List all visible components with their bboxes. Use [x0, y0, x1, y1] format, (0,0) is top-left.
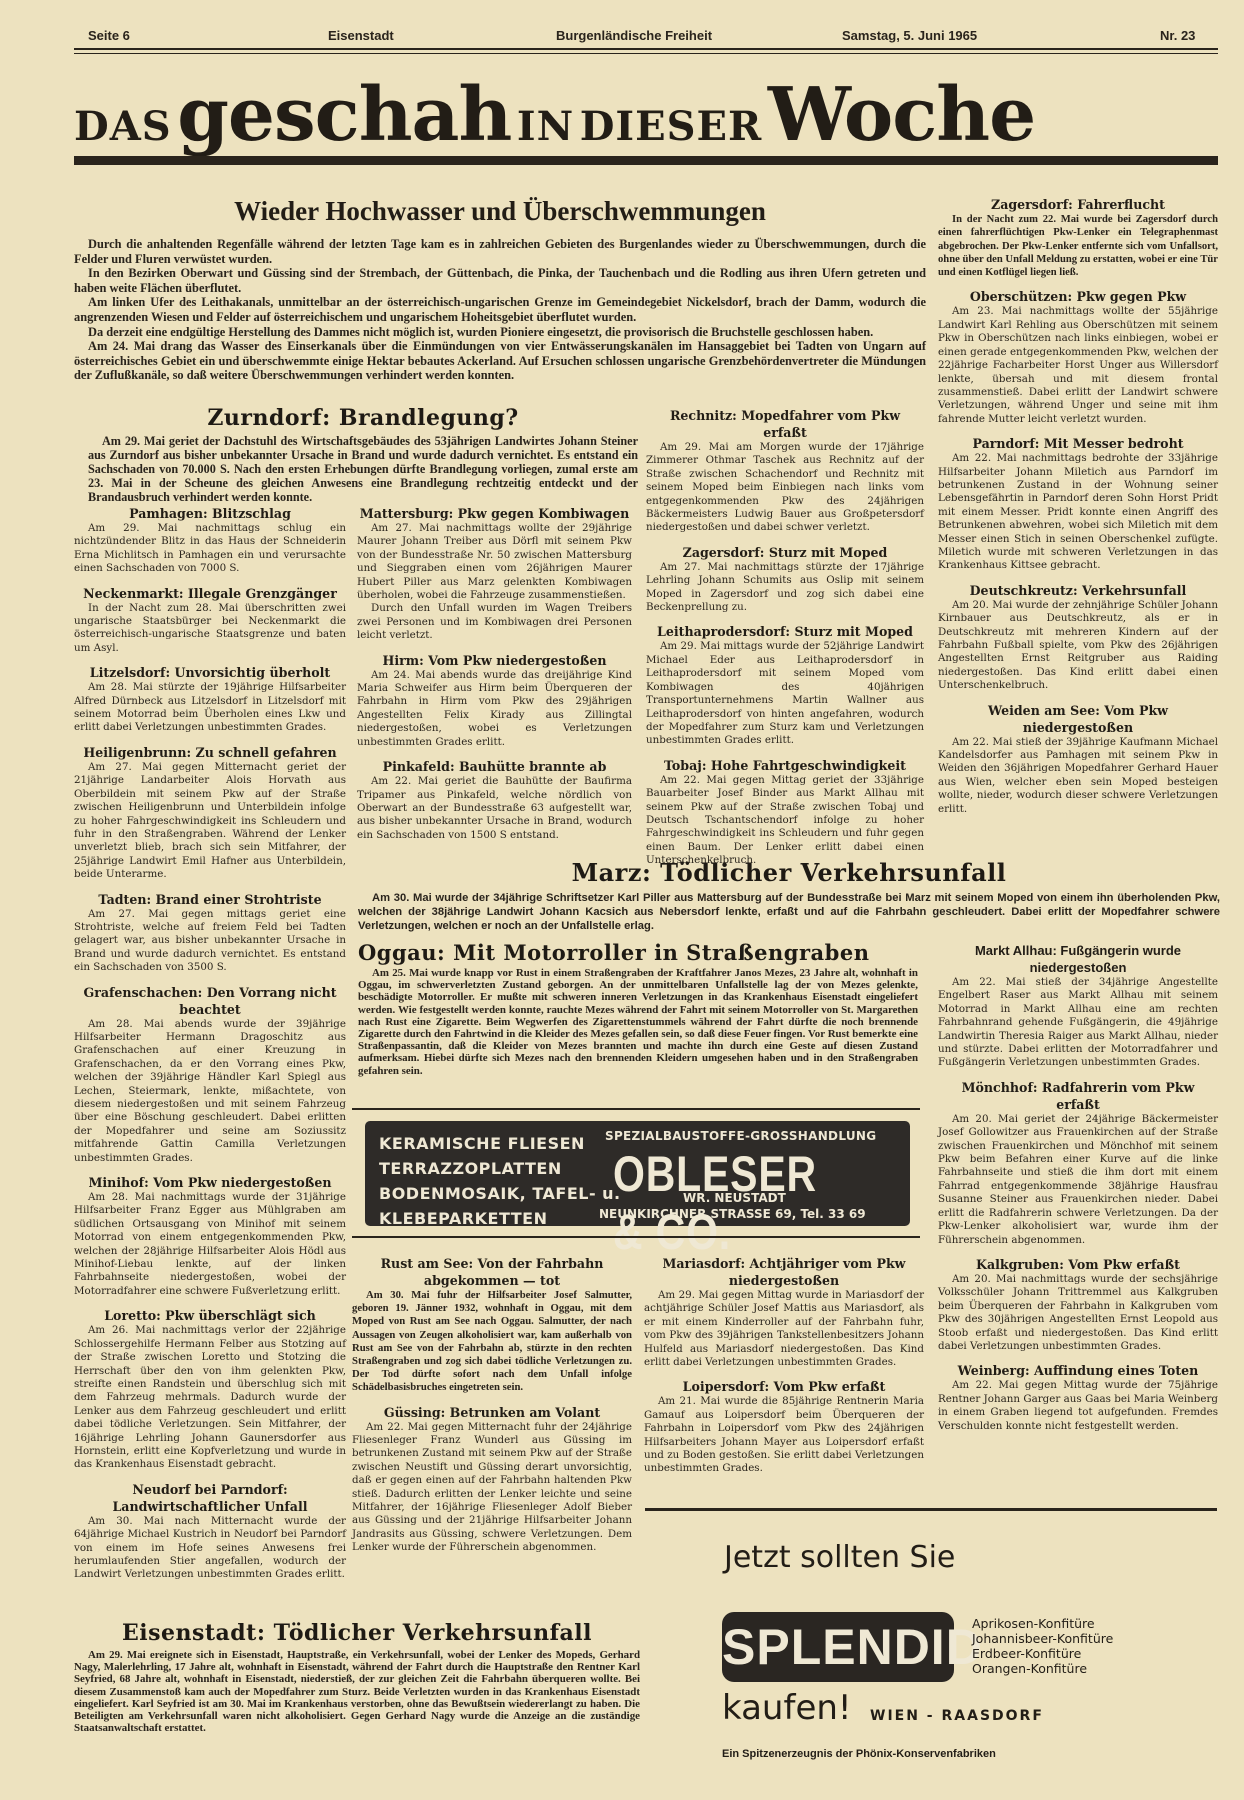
article-headline: Loretto: Pkw überschlägt sich [74, 1307, 346, 1324]
article-oberschuetzen: Oberschützen: Pkw gegen PkwAm 23. Mai na… [938, 288, 1218, 426]
article-headline: Rust am See: Von der Fahrbahn abgekommen… [352, 1255, 632, 1289]
masthead-word: Woche [768, 72, 1035, 158]
article-body: Am 30. Mai wurde der 34jährige Schriftse… [358, 891, 1220, 934]
article-loretto: Loretto: Pkw überschlägt sichAm 26. Mai … [74, 1307, 346, 1471]
article-body: Durch den Unfall wurden im Wagen Treiber… [357, 602, 632, 642]
ad-tagline: SPEZIALBAUSTOFFE-GROSSHANDLUNG [605, 1129, 876, 1143]
header-date: Samstag, 5. Juni 1965 [842, 28, 977, 43]
article-headline: Oberschützen: Pkw gegen Pkw [938, 288, 1218, 305]
article-headline: Tobaj: Hohe Fahrtgeschwindigkeit [646, 757, 924, 774]
lead-article: Wieder Hochwasser und Überschwemmungen D… [74, 196, 926, 383]
article-body: Am 20. Mai geriet der 24jährige Bäckerme… [938, 1113, 1218, 1247]
article-body: Am 25. Mai wurde knapp vor Rust in einem… [358, 967, 918, 1077]
article-headline: Grafenschachen: Den Vorrang nicht beacht… [74, 984, 346, 1018]
article-headline: Oggau: Mit Motorroller in Straßengraben [358, 940, 918, 965]
article-headline: Zagersdorf: Fahrerflucht [938, 196, 1218, 213]
masthead: DAS geschah IN DIESER Woche [74, 72, 1218, 152]
ad-flavor: Johannisbeer-Konfitüre [972, 1631, 1113, 1646]
article-body: Am 22. Mai gegen Mittag geriet der 33jäh… [646, 774, 924, 868]
article-neckenmarkt: Neckenmarkt: Illegale GrenzgängerIn der … [74, 585, 346, 656]
article-headline: Mattersburg: Pkw gegen Kombiwagen [357, 505, 632, 522]
header-paper: Burgenländische Freiheit [556, 28, 712, 43]
article-zurndorf: Zurndorf: Brandlegung? Am 29. Mai geriet… [88, 405, 638, 504]
article-body: Am 21. Mai wurde die 85jährige Rentnerin… [644, 1395, 924, 1475]
ad-line: TERRAZZOPLATTEN [379, 1156, 621, 1181]
lead-paragraph: Durch die anhaltenden Regenfälle während… [74, 237, 926, 266]
ad-obleser: KERAMISCHE FLIESEN TERRAZZOPLATTEN BODEN… [365, 1121, 910, 1226]
ad-flavor: Aprikosen-Konfitüre [972, 1616, 1113, 1631]
column-3: Rechnitz: Mopedfahrer vom Pkw erfaßtAm 2… [646, 407, 924, 877]
article-body: Am 30. Mai nach Mitternacht wurde der 64… [74, 1515, 346, 1582]
article-loipersdorf: Loipersdorf: Vom Pkw erfaßtAm 21. Mai wu… [644, 1378, 924, 1475]
article-body: Am 28. Mai abends wurde der 39jährige Hi… [74, 1018, 346, 1165]
article-headline: Neudorf bei Parndorf: Landwirtschaftlich… [74, 1481, 346, 1515]
article-zagersdorf-moped: Zagersdorf: Sturz mit MopedAm 27. Mai na… [646, 544, 924, 615]
ad-flavor: Erdbeer-Konfitüre [972, 1646, 1113, 1661]
article-headline: Hirm: Vom Pkw niedergestoßen [357, 652, 632, 669]
article-grafenschachen: Grafenschachen: Den Vorrang nicht beacht… [74, 984, 346, 1165]
column-7: Markt Allhau: Fußgängerin wurde niederge… [938, 942, 1218, 1442]
article-moenchhof: Mönchhof: Radfahrerin vom Pkw erfaßtAm 2… [938, 1079, 1218, 1247]
article-body: Am 29. Mai mittags wurde der 52jährige L… [646, 640, 924, 747]
article-body: Am 29. Mai am Morgen wurde der 17jährige… [646, 441, 924, 535]
article-headline: Rechnitz: Mopedfahrer vom Pkw erfaßt [646, 407, 924, 441]
ad-flavor: Orangen-Konfitüre [972, 1661, 1113, 1676]
article-body: Am 26. Mai nachmittags verlor der 22jähr… [74, 1324, 346, 1471]
article-eisenstadt: Eisenstadt: Tödlicher Verkehrsunfall Am … [74, 1620, 640, 1734]
article-body: Am 28. Mai nachmittags wurde der 31jähri… [74, 1191, 346, 1298]
article-body: Am 30. Mai fuhr der Hilfsarbeiter Josef … [352, 1289, 632, 1395]
article-headline: Markt Allhau: Fußgängerin wurde niederge… [938, 942, 1218, 976]
divider [352, 1108, 920, 1110]
ad-product-list: KERAMISCHE FLIESEN TERRAZZOPLATTEN BODEN… [379, 1131, 621, 1231]
article-body: Am 22. Mai geriet die Bauhütte der Baufi… [357, 775, 632, 842]
article-heiligenbrunn: Heiligenbrunn: Zu schnell gefahrenAm 27.… [74, 744, 346, 882]
article-body: Am 27. Mai nachmittags wollte der 29jähr… [357, 522, 632, 602]
ad-address: NEUNKIRCHNER STRASSE 69, Tel. 33 69 [599, 1207, 866, 1221]
article-headline: Neckenmarkt: Illegale Grenzgänger [74, 585, 346, 602]
article-headline: Zagersdorf: Sturz mit Moped [646, 544, 924, 561]
article-headline: Pinkafeld: Bauhütte brannte ab [357, 758, 632, 775]
header-place: Eisenstadt [328, 28, 394, 43]
divider [352, 1236, 920, 1238]
article-headline: Mönchhof: Radfahrerin vom Pkw erfaßt [938, 1079, 1218, 1113]
article-headline: Pamhagen: Blitzschlag [74, 505, 346, 522]
article-leithaprodersdorf: Leithaprodersdorf: Sturz mit MopedAm 29.… [646, 623, 924, 747]
article-headline: Eisenstadt: Tödlicher Verkehrsunfall [74, 1620, 640, 1646]
article-rust: Rust am See: Von der Fahrbahn abgekommen… [352, 1255, 632, 1395]
article-body: Am 22. Mai stieß der 39jährige Kaufmann … [938, 736, 1218, 816]
article-body: Am 29. Mai gegen Mittag wurde in Mariasd… [644, 1289, 924, 1369]
article-body: In der Nacht zum 28. Mai überschritten z… [74, 602, 346, 656]
article-neudorf: Neudorf bei Parndorf: Landwirtschaftlich… [74, 1481, 346, 1582]
article-weinberg: Weinberg: Auffindung eines TotenAm 22. M… [938, 1362, 1218, 1433]
article-mattersburg: Mattersburg: Pkw gegen KombiwagenAm 27. … [357, 505, 632, 643]
article-body: Am 28. Mai stürzte der 19jährige Hilfsar… [74, 681, 346, 735]
header-rule [74, 48, 1218, 54]
article-headline: Kalkgruben: Vom Pkw erfaßt [938, 1256, 1218, 1273]
article-body: Am 27. Mai nachmittags stürzte der 17jäh… [646, 561, 924, 615]
article-mariasdorf: Mariasdorf: Achtjähriger vom Pkw niederg… [644, 1255, 924, 1369]
ad-flavor-list: Aprikosen-Konfitüre Johannisbeer-Konfitü… [972, 1616, 1113, 1676]
article-weiden: Weiden am See: Vom Pkw niedergestoßenAm … [938, 702, 1218, 816]
masthead-word: DIESER [580, 103, 763, 150]
article-body: Am 20. Mai nachmittags wurde der sechsjä… [938, 1273, 1218, 1353]
ad-line: KERAMISCHE FLIESEN [379, 1131, 621, 1156]
article-marz: Marz: Tödlicher Verkehrsunfall Am 30. Ma… [358, 858, 1220, 934]
article-pinkafeld: Pinkafeld: Bauhütte brannte abAm 22. Mai… [357, 758, 632, 842]
article-headline: Marz: Tödlicher Verkehrsunfall [358, 858, 1220, 887]
article-headline: Zurndorf: Brandlegung? [88, 405, 638, 431]
lead-paragraph: Da derzeit eine endgültige Herstellung d… [74, 325, 926, 340]
ad-footer: Ein Spitzenerzeugnis der Phönix-Konserve… [722, 1748, 996, 1760]
article-body: Am 22. Mai gegen Mitternacht fuhr der 24… [352, 1421, 632, 1555]
article-headline: Loipersdorf: Vom Pkw erfaßt [644, 1378, 924, 1395]
article-headline: Litzelsdorf: Unvorsichtig überholt [74, 664, 346, 681]
article-zagersdorf-fahrerflucht: Zagersdorf: FahrerfluchtIn der Nacht zum… [938, 196, 1218, 279]
article-litzelsdorf: Litzelsdorf: Unvorsichtig überholtAm 28.… [74, 664, 346, 735]
ad-headline: Jetzt sollten Sie [724, 1540, 955, 1575]
column-6: Mariasdorf: Achtjähriger vom Pkw niederg… [644, 1255, 924, 1485]
lead-paragraph: Am 24. Mai drang das Wasser des Einserka… [74, 339, 926, 383]
article-body: Am 23. Mai nachmittags wollte der 55jähr… [938, 305, 1218, 426]
ad-call-to-action: kaufen! [722, 1688, 852, 1728]
header-issue: Nr. 23 [1160, 28, 1195, 43]
ad-brand-logo: SPLENDID [722, 1612, 954, 1682]
article-headline: Leithaprodersdorf: Sturz mit Moped [646, 623, 924, 640]
ad-splendid: Jetzt sollten Sie SPLENDID Aprikosen-Kon… [720, 1530, 1200, 1770]
article-deutschkreutz: Deutschkreutz: VerkehrsunfallAm 20. Mai … [938, 582, 1218, 693]
article-rechnitz: Rechnitz: Mopedfahrer vom Pkw erfaßtAm 2… [646, 407, 924, 535]
article-body: Am 24. Mai abends wurde das dreijährige … [357, 669, 632, 749]
article-body: Am 20. Mai wurde der zehnjährige Schüler… [938, 599, 1218, 693]
article-headline: Tadten: Brand einer Strohtriste [74, 891, 346, 908]
page-number: Seite 6 [88, 28, 130, 43]
column-2: Mattersburg: Pkw gegen KombiwagenAm 27. … [357, 505, 632, 851]
article-guessing: Güssing: Betrunken am VolantAm 22. Mai g… [352, 1404, 632, 1555]
article-minihof: Minihof: Vom Pkw niedergestoßenAm 28. Ma… [74, 1174, 346, 1298]
article-body: Am 22. Mai gegen Mittag wurde der 75jähr… [938, 1379, 1218, 1433]
article-body: Am 22. Mai stieß der 34jährige Angestell… [938, 976, 1218, 1070]
lead-headline: Wieder Hochwasser und Überschwemmungen [74, 196, 926, 227]
column-4: Zagersdorf: FahrerfluchtIn der Nacht zum… [938, 196, 1218, 825]
article-body: Am 27. Mai gegen Mitternacht geriet der … [74, 761, 346, 882]
masthead-word: geschah [177, 72, 511, 158]
article-tobaj: Tobaj: Hohe FahrtgeschwindigkeitAm 22. M… [646, 757, 924, 868]
article-tadten: Tadten: Brand einer StrohtristeAm 27. Ma… [74, 891, 346, 975]
lead-paragraph: In den Bezirken Oberwart und Güssing sin… [74, 266, 926, 295]
article-headline: Weinberg: Auffindung eines Toten [938, 1362, 1218, 1379]
column-1: Pamhagen: BlitzschlagAm 29. Mai nachmitt… [74, 505, 346, 1591]
running-header: Seite 6 Eisenstadt Burgenländische Freih… [88, 28, 1218, 46]
article-body: In der Nacht zum 22. Mai wurde bei Zager… [938, 213, 1218, 279]
article-body: Am 29. Mai geriet der Dachstuhl des Wirt… [88, 434, 638, 504]
ad-line: BODENMOSAIK, TAFEL- u. [379, 1181, 621, 1206]
article-headline: Heiligenbrunn: Zu schnell gefahren [74, 744, 346, 761]
divider [645, 1508, 1217, 1511]
article-body: Am 27. Mai gegen mittags geriet eine Str… [74, 908, 346, 975]
article-parndorf: Parndorf: Mit Messer bedrohtAm 22. Mai n… [938, 435, 1218, 573]
ad-city: WR. NEUSTADT [683, 1191, 786, 1205]
article-body: Am 29. Mai nachmittags schlug ein nichtz… [74, 522, 346, 576]
article-headline: Weiden am See: Vom Pkw niedergestoßen [938, 702, 1218, 736]
article-headline: Deutschkreutz: Verkehrsunfall [938, 582, 1218, 599]
ad-line: KLEBEPARKETTEN [379, 1206, 621, 1231]
article-oggau: Oggau: Mit Motorroller in Straßengraben … [358, 940, 918, 1077]
masthead-word: DAS [74, 103, 172, 150]
article-headline: Güssing: Betrunken am Volant [352, 1404, 632, 1421]
masthead-word: IN [517, 103, 574, 150]
lead-paragraph: Am linken Ufer des Leithakanals, unmitte… [74, 295, 926, 324]
article-body: Am 22. Mai nachmittags bedrohte der 33jä… [938, 452, 1218, 573]
article-markt-allhau: Markt Allhau: Fußgängerin wurde niederge… [938, 942, 1218, 1070]
article-pamhagen: Pamhagen: BlitzschlagAm 29. Mai nachmitt… [74, 505, 346, 576]
article-headline: Minihof: Vom Pkw niedergestoßen [74, 1174, 346, 1191]
column-5: Rust am See: Von der Fahrbahn abgekommen… [352, 1255, 632, 1564]
article-headline: Parndorf: Mit Messer bedroht [938, 435, 1218, 452]
ad-city: WIEN - RAASDORF [870, 1708, 1044, 1724]
article-body: Am 29. Mai ereignete sich in Eisenstadt,… [74, 1649, 640, 1734]
article-kalkgruben: Kalkgruben: Vom Pkw erfaßtAm 20. Mai nac… [938, 1256, 1218, 1353]
article-hirm: Hirm: Vom Pkw niedergestoßenAm 24. Mai a… [357, 652, 632, 749]
article-headline: Mariasdorf: Achtjähriger vom Pkw niederg… [644, 1255, 924, 1289]
masthead-rule [74, 156, 1218, 165]
